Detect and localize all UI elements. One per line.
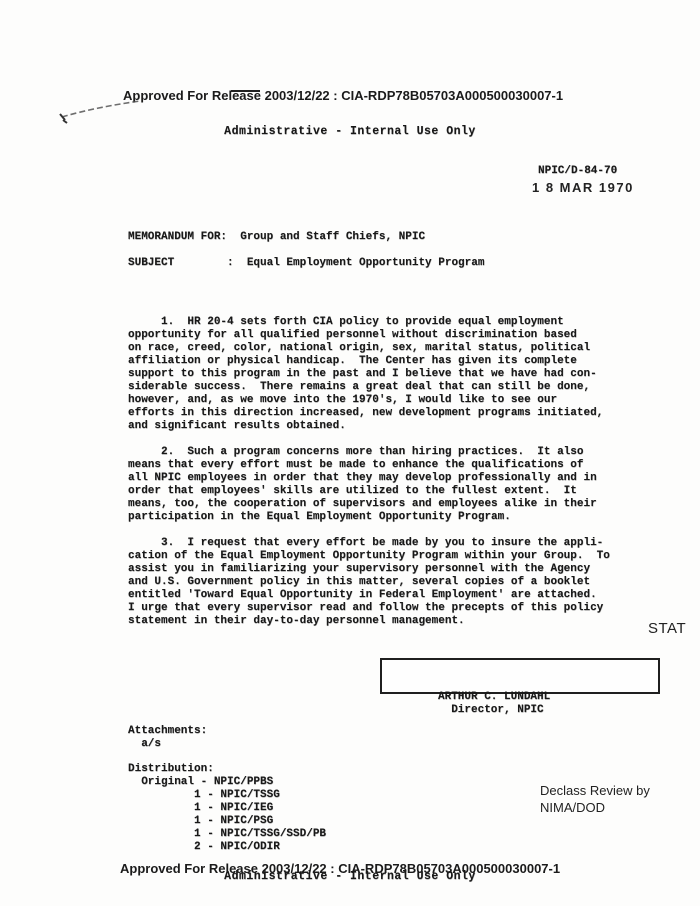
- redaction-box: [380, 658, 660, 694]
- paragraph-1: 1. HR 20-4 sets forth CIA policy to prov…: [128, 316, 638, 433]
- memo-body: 1. HR 20-4 sets forth CIA policy to prov…: [128, 316, 638, 641]
- classification-banner: Administrative - Internal Use Only: [0, 121, 700, 139]
- declass-review-annotation: Declass Review by NIMA/DOD: [540, 782, 650, 816]
- classification-text: Administrative - Internal Use Only: [224, 125, 476, 138]
- document-number: NPIC/D-84-70: [538, 165, 617, 178]
- scan-artifact-line: [231, 90, 260, 92]
- approved-for-release-stamp-bottom: Approved For Release 2003/12/22 : CIA-RD…: [120, 861, 560, 876]
- distribution-block: Distribution: Original - NPIC/PPBS 1 - N…: [128, 763, 326, 854]
- signature-block: ARTHUR C. LUNDAHL Director, NPIC: [438, 691, 550, 717]
- stat-annotation: STAT: [648, 620, 686, 637]
- memo-heading-block: MEMORANDUM FOR: Group and Staff Chiefs, …: [128, 231, 484, 270]
- paragraph-2: 2. Such a program concerns more than hir…: [128, 446, 638, 524]
- scanned-memo-page: Approved For Release 2003/12/22 : CIA-RD…: [0, 0, 700, 906]
- date-received-stamp: 1 8 MAR 1970: [532, 180, 634, 195]
- paragraph-3: 3. I request that every effort be made b…: [128, 537, 638, 628]
- approved-for-release-stamp-top: Approved For Release 2003/12/22 : CIA-RD…: [123, 88, 563, 103]
- attachments-block: Attachments: a/s: [128, 725, 207, 751]
